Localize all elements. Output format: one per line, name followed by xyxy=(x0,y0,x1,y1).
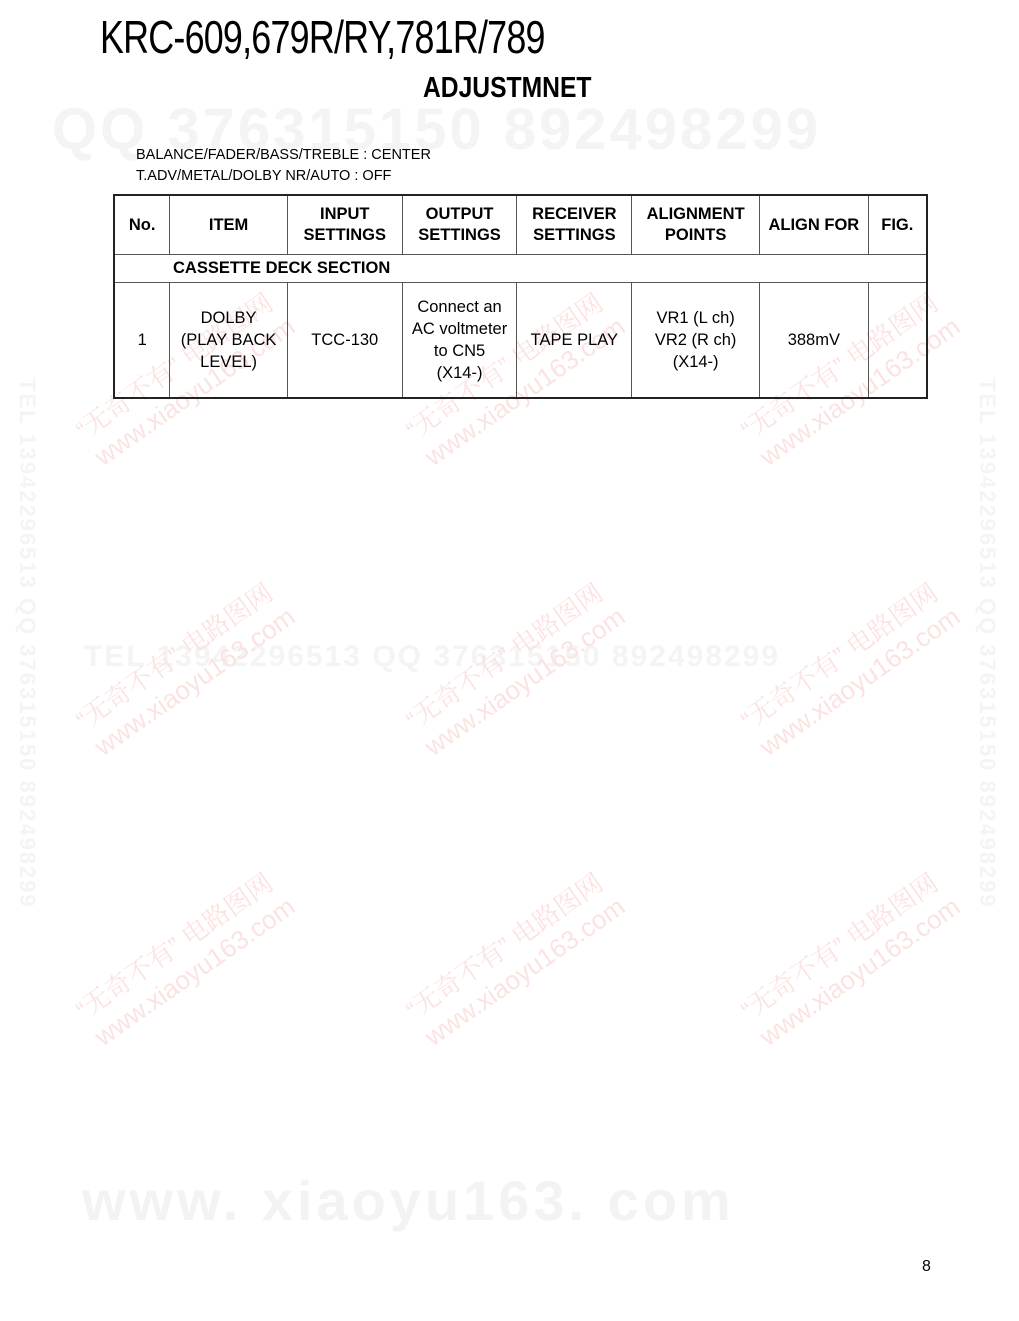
cell-alignment-points: VR1 (L ch)VR2 (R ch)(X14-) xyxy=(632,283,760,399)
cell-align-for: 388mV xyxy=(760,283,869,399)
watermark-side-right: TEL 13942296513 QQ 376315150 892498299 xyxy=(974,378,1000,909)
header-no: No. xyxy=(114,195,170,255)
adjustment-table: No. ITEM INPUTSETTINGS OUTPUTSETTINGS RE… xyxy=(113,194,928,399)
cell-output-settings: Connect anAC voltmeterto CN5(X14-) xyxy=(402,283,517,399)
watermark-diagonal: “无奇不有” 电路图网www.xiaoyu163.com xyxy=(400,574,631,762)
cell-fig xyxy=(868,283,927,399)
watermark-bottom: www. xiaoyu163. com xyxy=(82,1168,735,1233)
header-item: ITEM xyxy=(170,195,288,255)
condition-line: T.ADV/METAL/DOLBY NR/AUTO : OFF xyxy=(136,166,431,187)
header-fig: FIG. xyxy=(868,195,927,255)
conditions: BALANCE/FADER/BASS/TREBLE : CENTER T.ADV… xyxy=(136,145,431,187)
watermark-diagonal: “无奇不有” 电路图网www.xiaoyu163.com xyxy=(70,864,301,1052)
header-align-for: ALIGN FOR xyxy=(760,195,869,255)
section-title: ADJUSTMNET xyxy=(423,72,591,105)
section-row: CASSETTE DECK SECTION xyxy=(114,255,927,283)
page-number: 8 xyxy=(922,1258,931,1276)
cell-input-settings: TCC-130 xyxy=(287,283,402,399)
cell-receiver-settings: TAPE PLAY xyxy=(517,283,632,399)
watermark-diagonal: “无奇不有” 电路图网www.xiaoyu163.com xyxy=(735,574,966,762)
table-header-row: No. ITEM INPUTSETTINGS OUTPUTSETTINGS RE… xyxy=(114,195,927,255)
watermark-diagonal: “无奇不有” 电路图网www.xiaoyu163.com xyxy=(735,864,966,1052)
section-label: CASSETTE DECK SECTION xyxy=(114,255,927,283)
header-receiver-settings: RECEIVERSETTINGS xyxy=(517,195,632,255)
condition-line: BALANCE/FADER/BASS/TREBLE : CENTER xyxy=(136,145,431,166)
cell-item: DOLBY(PLAY BACKLEVEL) xyxy=(170,283,288,399)
watermark-side-left: TEL 13942296513 QQ 376315150 892498299 xyxy=(14,378,40,909)
cell-no: 1 xyxy=(114,283,170,399)
header-input-settings: INPUTSETTINGS xyxy=(287,195,402,255)
header-alignment-points: ALIGNMENTPOINTS xyxy=(632,195,760,255)
model-title: KRC-609,679R/RY,781R/789 xyxy=(100,10,545,64)
watermark-diagonal: “无奇不有” 电路图网www.xiaoyu163.com xyxy=(400,864,631,1052)
watermark-middle: TEL 13942296513 QQ 376315150 892498299 xyxy=(84,640,780,674)
table-row: 1 DOLBY(PLAY BACKLEVEL) TCC-130 Connect … xyxy=(114,283,927,399)
header-output-settings: OUTPUTSETTINGS xyxy=(402,195,517,255)
watermark-diagonal: “无奇不有” 电路图网www.xiaoyu163.com xyxy=(70,574,301,762)
